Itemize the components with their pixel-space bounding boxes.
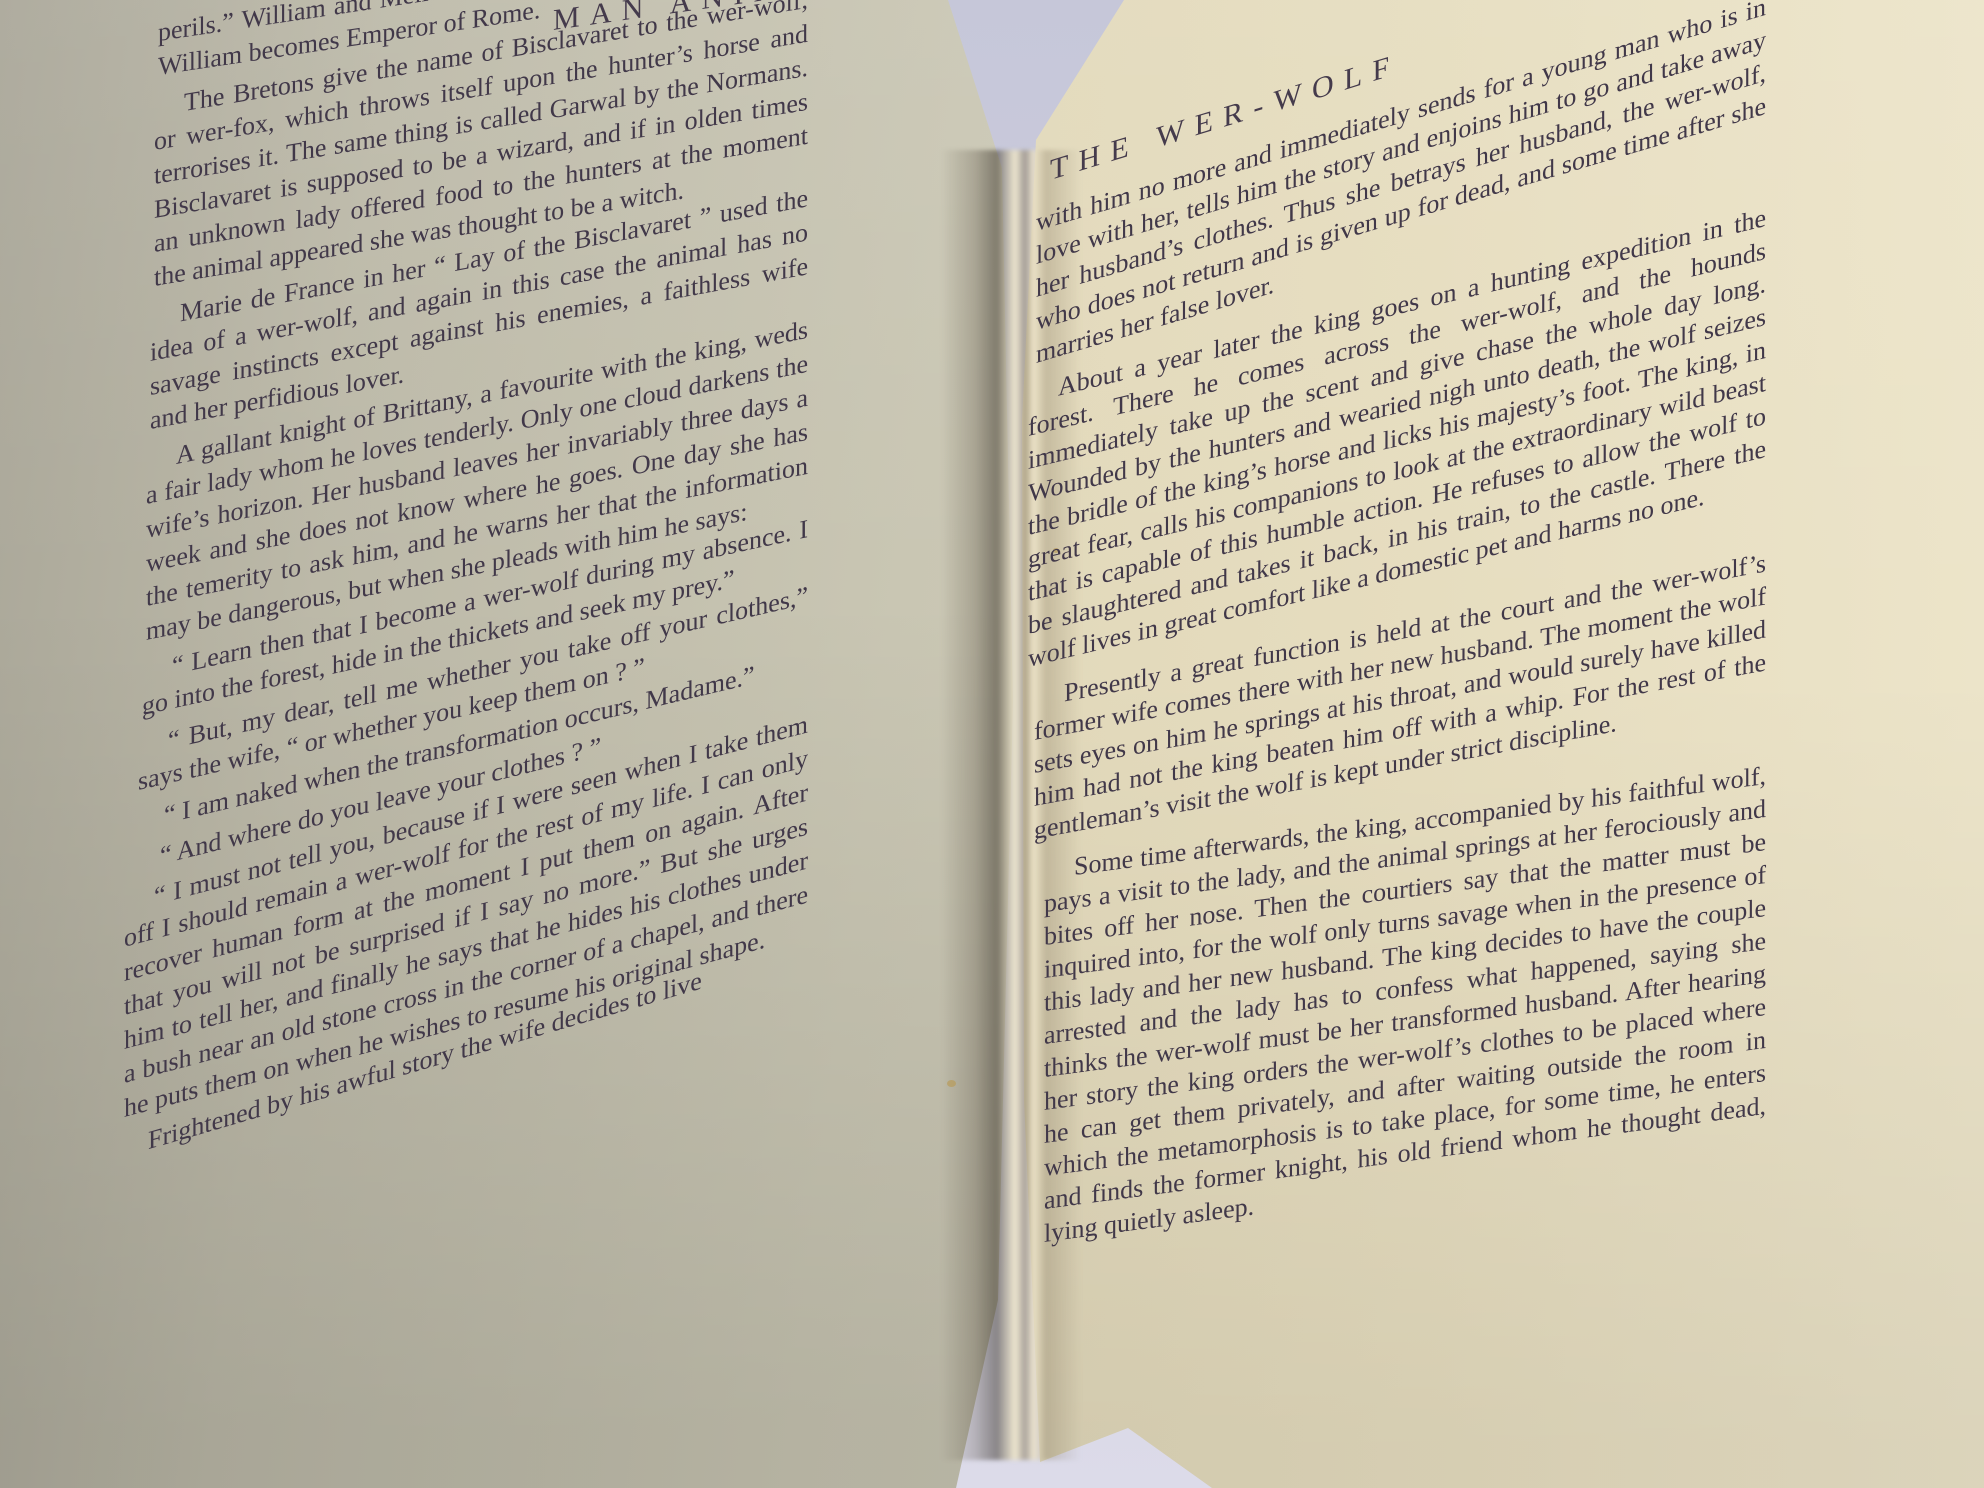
open-book-photo: MAN ANIMALS perils.” William and Melior … xyxy=(0,0,1984,1488)
right-page-text: THE WER-WOLF with him no more and immedi… xyxy=(1024,206,1766,1257)
foxing-spot xyxy=(947,1080,956,1087)
paragraph: Some time afterwards, the king, accompan… xyxy=(1044,759,1766,1250)
left-page-text: MAN ANIMALS perils.” William and Melior … xyxy=(158,16,808,1174)
